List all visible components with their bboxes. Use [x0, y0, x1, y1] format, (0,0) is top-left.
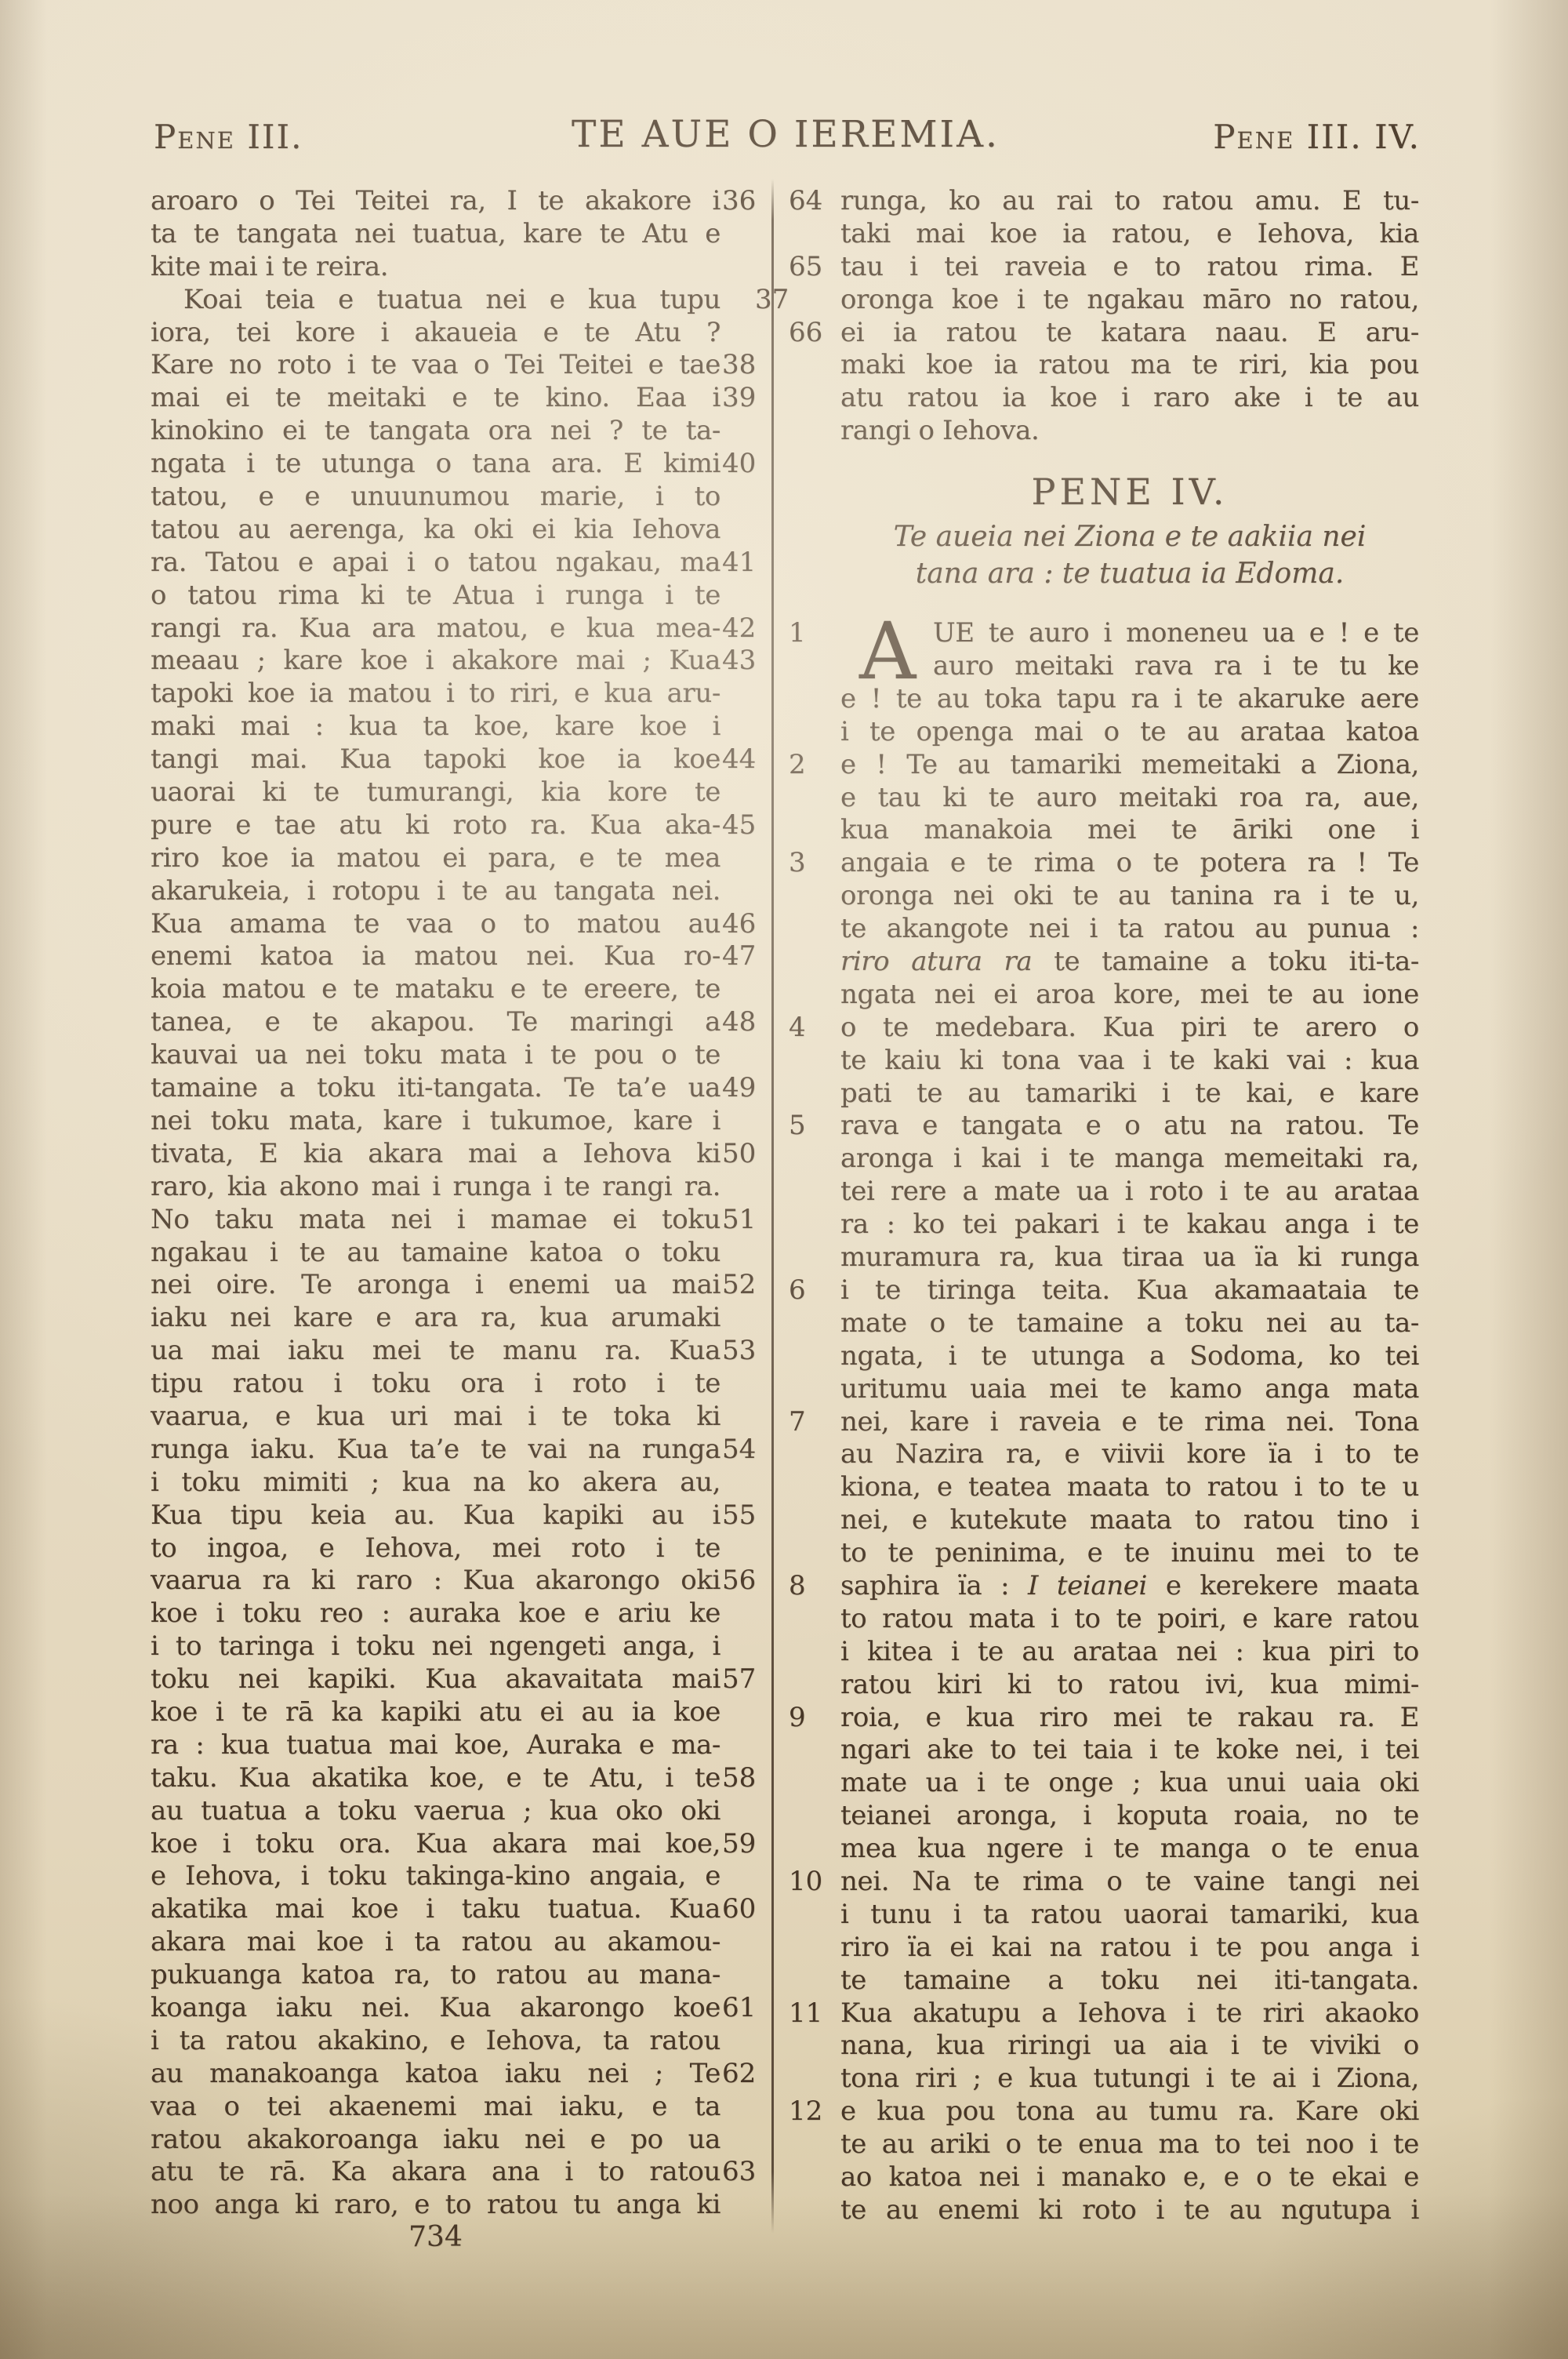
text-line: 39mai ei te meitaki e te kino. Eaa i	[151, 382, 720, 415]
verse-number: 44	[722, 743, 763, 776]
chapter-summary-line: tana ara : te tuatua ia Edoma.	[840, 555, 1419, 592]
verse-number: 50	[722, 1138, 763, 1171]
verse-number: 7	[789, 1406, 836, 1439]
verse-number: 63	[722, 2156, 763, 2189]
text-line: 61koanga iaku nei. Kua akarongo koe	[151, 1992, 720, 2025]
verse-number: 9	[789, 1702, 836, 1735]
text-line: iaku nei kare e ara ra, kua arumaki	[151, 1302, 720, 1335]
text-line: to te peninima, e te inuinu mei to te	[840, 1537, 1419, 1570]
text-line: 58taku. Kua akatika koe, e te Atu, i te	[151, 1762, 720, 1795]
text-line: i ta ratou akakino, e Iehova, ta ratou	[151, 2025, 720, 2058]
verse-number: 2	[789, 749, 836, 782]
text-line: pati te au tamariki i te kai, e kare	[840, 1078, 1419, 1110]
chapter-summary: Te aueia nei Ziona e te aakiia nei tana …	[840, 518, 1419, 592]
text-line: 62au manakoanga katoa iaku nei ; Te	[151, 2058, 720, 2091]
text-line: te au ariki o te enua ma to tei noo i te	[840, 2128, 1419, 2161]
text-line: 55Kua tipu keia au. Kua kapiki au i	[151, 1499, 720, 1532]
text-line: noo anga ki raro, e to ratou tu anga ki	[151, 2189, 720, 2222]
text-line: i toku mimiti ; kua na ko akera au,	[151, 1467, 720, 1499]
text-line: 6i te tiringa teita. Kua akamaataia te	[840, 1274, 1419, 1307]
text-line: 1AUE te auro i moneneu ua e ! e te	[840, 617, 1419, 650]
page-number: 734	[151, 2221, 720, 2253]
text-line: 59koe i toku ora. Kua akara mai koe,	[151, 1828, 720, 1861]
text-line: ratou akakoroanga iaku nei e po ua	[151, 2124, 720, 2157]
text-line: 64runga, ko au rai to ratou amu. E tu-	[840, 185, 1419, 218]
verse-number: 40	[722, 448, 763, 481]
text-line: iora, tei kore i akaueia e te Atu ?	[151, 317, 720, 350]
text-line: ao katoa nei i manako e, e o te ekai e	[840, 2161, 1419, 2194]
text-line: au tuatua a toku vaerua ; kua oko oki	[151, 1795, 720, 1828]
text-line: 41ra. Tatou e apai i o tatou ngakau, ma	[151, 547, 720, 580]
text-line: tei rere a mate ua i roto i te au arataa	[840, 1176, 1419, 1209]
verse-number: 3	[789, 847, 836, 880]
text-line: ra : kua tuatua mai koe, Auraka e ma-	[151, 1729, 720, 1762]
text-line: 12e kua pou tona au tumu ra. Kare oki	[840, 2095, 1419, 2128]
text-line: ta te tangata nei tuatua, kare te Atu e	[151, 218, 720, 251]
text-line: e Iehova, i toku takinga-kino angaia, e	[151, 1860, 720, 1893]
text-line: vaa o tei akaenemi mai iaku, e ta	[151, 2091, 720, 2124]
text-line: i to taringa i toku nei ngengeti anga, i	[151, 1630, 720, 1663]
verse-number: 49	[722, 1072, 763, 1105]
verse-number: 61	[722, 1992, 763, 2025]
verse-number: 52	[722, 1269, 763, 1302]
text-line: kua manakoia mei te āriki one i	[840, 814, 1419, 847]
text-line: 44tangi mai. Kua tapoki koe ia koe	[151, 743, 720, 776]
verse-number: 39	[722, 382, 763, 415]
text-line: 9roia, e kua riro mei te rakau ra. E	[840, 1702, 1419, 1735]
verse-number: 56	[722, 1565, 763, 1598]
chapter-summary-line: Te aueia nei Ziona e te aakiia nei	[840, 518, 1419, 555]
text-line: 36aroaro o Tei Teitei ra, I te akakore i	[151, 185, 720, 218]
verse-number: 57	[722, 1663, 763, 1696]
text-line: 56vaarua ra ki raro : Kua akarongo oki	[151, 1565, 720, 1598]
text-line: i tunu i ta ratou uaorai tamariki, kua	[840, 1899, 1419, 1932]
text-line: koe i toku reo : auraka koe e ariu ke	[151, 1598, 720, 1630]
text-line: tatou au aerenga, ka oki ei kia Iehova	[151, 514, 720, 547]
verse-number: 47	[722, 940, 763, 973]
text-line: te kaiu ki tona vaa i te kaki vai : kua	[840, 1045, 1419, 1078]
verse-number: 48	[722, 1006, 763, 1039]
text-line: oronga koe i te ngakau māro no ratou,	[840, 284, 1419, 317]
text-line: 10nei. Na te rima o te vaine tangi nei	[840, 1866, 1419, 1899]
text-line: 40ngata i te utunga o tana ara. E kimi	[151, 448, 720, 481]
text-line: pukuanga katoa ra, to ratou au mana-	[151, 1959, 720, 1992]
book-page: Pene III. TE AUE O IEREMIA. Pene III. IV…	[0, 0, 1568, 2359]
verse-number: 11	[789, 1997, 836, 2030]
text-line: vaarua, e kua uri mai i te toka ki	[151, 1401, 720, 1434]
text-line: tatou, e e unuunumou marie, i to	[151, 481, 720, 514]
verse-number: 53	[722, 1335, 763, 1368]
verse-number: 66	[789, 317, 836, 350]
text-line: ngata, i te utunga a Sodoma, ko tei	[840, 1340, 1419, 1373]
text-line: to ratou mata i to te poiri, e kare rato…	[840, 1603, 1419, 1636]
text-line: ngata nei ei aroa kore, mei te au ione	[840, 979, 1419, 1012]
text-line: ngari ake to tei taia i te koke nei, i t…	[840, 1734, 1419, 1767]
text-line: 60akatika mai koe i taku tuatua. Kua	[151, 1893, 720, 1926]
verse-number: 60	[722, 1893, 763, 1926]
text-line: aronga i kai i te manga memeitaki ra,	[840, 1143, 1419, 1176]
text-line: koe i te rā ka kapiki atu ei au ia koe	[151, 1696, 720, 1729]
text-line: kauvai ua nei toku mata i te pou o te	[151, 1039, 720, 1072]
verse-number: 55	[722, 1499, 763, 1532]
text-line: nei, e kutekute maata to ratou tino i	[840, 1504, 1419, 1537]
verse-number: 59	[722, 1828, 763, 1861]
text-line: 43meaau ; kare koe i akakore mai ; Kua	[151, 645, 720, 678]
text-line: maki koe ia ratou ma te riri, kia pou	[840, 349, 1419, 382]
verse-number: 54	[722, 1434, 763, 1467]
text-line: 3angaia e te rima o te potera ra ! Te	[840, 847, 1419, 880]
text-line: riro ïa ei kai na ratou i te pou anga i	[840, 1932, 1419, 1965]
text-line: taki mai koe ia ratou, e Iehova, kia	[840, 218, 1419, 251]
verse-number: 65	[789, 251, 836, 284]
text-line: e ! te au toka tapu ra i te akaruke aere	[840, 683, 1419, 716]
text-line: ra : ko tei pakari i te kakau anga i te	[840, 1209, 1419, 1241]
text-line: kite mai i te reira.	[151, 251, 720, 284]
text-line: au Nazira ra, e viivii kore ïa i to te	[840, 1438, 1419, 1471]
verse-number: 8	[789, 1570, 836, 1603]
text-line: 51No taku mata nei i mamae ei toku	[151, 1204, 720, 1237]
text-line: kiona, e teatea maata to ratou i to te u	[840, 1471, 1419, 1504]
text-line: tipu ratou i toku ora i roto i te	[151, 1368, 720, 1401]
italic-phrase: riro atura ra	[840, 946, 1032, 977]
verse-number: 42	[722, 612, 763, 645]
verse-number: 12	[789, 2095, 836, 2128]
text-line: rangi o Iehova.	[840, 415, 1419, 448]
text-line: oronga nei oki te au tanina ra i te u,	[840, 880, 1419, 913]
verse-number: 36	[722, 185, 763, 218]
running-header-right: Pene III. IV.	[151, 118, 1421, 156]
text-line: e tau ki te auro meitaki roa ra, aue,	[840, 782, 1419, 815]
text-line: 37Koai teia e tuatua nei e kua tupu	[151, 284, 720, 317]
verse-number: 6	[789, 1274, 836, 1307]
text-line: teianei aronga, i koputa roaia, no te	[840, 1800, 1419, 1833]
text-line: 54runga iaku. Kua ta’e te vai na runga	[151, 1434, 720, 1467]
chapter-4-text: 1AUE te auro i moneneu ua e ! e teauro m…	[840, 617, 1419, 2227]
text-line: muramura ra, kua tiraa ua ïa ki runga	[840, 1241, 1419, 1274]
column-divider-rule	[771, 179, 774, 2234]
text-line: 66ei ia ratou te katara naau. E aru-	[840, 317, 1419, 350]
verse-number: 45	[722, 809, 763, 842]
verse-number: 43	[722, 645, 763, 678]
text-line: maki mai : kua ta koe, kare koe i	[151, 711, 720, 743]
verse-number: 37	[722, 284, 763, 317]
text-line: 53ua mai iaku mei te manu ra. Kua	[151, 1335, 720, 1368]
text-line: 57toku nei kapiki. Kua akavaitata mai	[151, 1663, 720, 1696]
text-line: raro, kia akono mai i runga i te rangi r…	[151, 1171, 720, 1204]
text-line: 11Kua akatupu a Iehova i te riri akaoko	[840, 1997, 1419, 2030]
text-line: atu ratou ia koe i raro ake i te au	[840, 382, 1419, 415]
text-line: ngakau i te au tamaine katoa o toku	[151, 1237, 720, 1270]
text-line: 47enemi katoa ia matou nei. Kua ro-	[151, 940, 720, 973]
text-line: 50tivata, E kia akara mai a Iehova ki	[151, 1138, 720, 1171]
left-column: 36aroaro o Tei Teitei ra, I te akakore i…	[151, 185, 720, 2222]
text-line: 63atu te rā. Ka akara ana i to ratou	[151, 2156, 720, 2189]
text-line: te tamaine a toku nei iti-tangata.	[840, 1965, 1419, 1997]
text-line: akara mai koe i ta ratou au akamou-	[151, 1926, 720, 1959]
text-line: o tatou rima ki te Atua i runga i te	[151, 580, 720, 612]
text-line: nei toku mata, kare i tukumoe, kare i	[151, 1105, 720, 1138]
text-line: 45pure e tae atu ki roto ra. Kua aka-	[151, 809, 720, 842]
text-line: akarukeia, i rotopu i te au tangata nei.	[151, 875, 720, 908]
text-line: mate ua i te onge ; kua unui uaia oki	[840, 1767, 1419, 1800]
text-line: 8saphira ïa : I teianei e kerekere maata	[840, 1570, 1419, 1603]
verse-number: 51	[722, 1204, 763, 1237]
text-line: 48tanea, e te akapou. Te maringi a	[151, 1006, 720, 1039]
text-line: i te openga mai o te au arataa katoa	[840, 716, 1419, 749]
verse-number: 5	[789, 1110, 836, 1143]
text-line: 38Kare no roto i te vaa o Tei Teitei e t…	[151, 349, 720, 382]
verse-number: 64	[789, 185, 836, 218]
text-line: uritumu uaia mei te kamo anga mata	[840, 1373, 1419, 1406]
text-line: 4o te medebara. Kua piri te arero o	[840, 1012, 1419, 1045]
text-line: nana, kua riringi ua aia i te viviki o	[840, 2030, 1419, 2063]
text-line: to ingoa, e Iehova, mei roto i te	[151, 1532, 720, 1565]
text-line: 49tamaine a toku iti-tangata. Te ta’e ua	[151, 1072, 720, 1105]
text-line: 2e ! Te au tamariki memeitaki a Ziona,	[840, 749, 1419, 782]
text-line: 46Kua amama te vaa o to matou au	[151, 908, 720, 941]
text-line: kinokino ei te tangata ora nei ? te ta-	[151, 415, 720, 448]
text-line: mate o te tamaine a toku nei au ta-	[840, 1307, 1419, 1340]
verse-number: 62	[722, 2058, 763, 2091]
verse-number: 1	[789, 617, 836, 650]
text-line: te au enemi ki roto i te au ngutupa i	[840, 2194, 1419, 2227]
verse-number: 58	[722, 1762, 763, 1795]
text-line: koia matou e te mataku e te ereere, te	[151, 973, 720, 1006]
text-line: 7nei, kare i raveia e te rima nei. Tona	[840, 1406, 1419, 1439]
verse-number: 38	[722, 349, 763, 382]
text-line: 5rava e tangata e o atu na ratou. Te	[840, 1110, 1419, 1143]
text-line: 65tau i tei raveia e to ratou rima. E	[840, 251, 1419, 284]
text-line: tapoki koe ia matou i to riri, e kua aru…	[151, 678, 720, 711]
text-line: 52nei oire. Te aronga i enemi ua mai	[151, 1269, 720, 1302]
verse-number: 10	[789, 1866, 836, 1899]
italic-phrase: I teianei	[1028, 1570, 1147, 1601]
text-line: uaorai ki te tumurangi, kia kore te	[151, 776, 720, 809]
text-line: te akangote nei i ta ratou au punua :	[840, 913, 1419, 946]
text-line: tona riri ; e kua tutungi i te ai i Zion…	[840, 2063, 1419, 2095]
text-line: 42rangi ra. Kua ara matou, e kua mea-	[151, 612, 720, 645]
verse-number: 46	[722, 908, 763, 941]
verse-number: 41	[722, 547, 763, 580]
text-line: riro atura ra te tamaine a toku iti-ta-	[840, 946, 1419, 979]
text-line: mea kua ngere i te manga o te enua	[840, 1833, 1419, 1866]
right-column: 64runga, ko au rai to ratou amu. E tu-ta…	[840, 185, 1419, 2227]
chapter-3-continuation: 64runga, ko au rai to ratou amu. E tu-ta…	[840, 185, 1419, 448]
text-line: auro meitaki rava ra i te tu ke	[840, 650, 1419, 683]
text-line: ratou kiri ki to ratou ivi, kua mimi-	[840, 1669, 1419, 1702]
text-line: i kitea i te au arataa nei : kua piri to	[840, 1636, 1419, 1669]
chapter-heading: PENE IV.	[840, 470, 1419, 514]
text-line: riro koe ia matou ei para, e te mea	[151, 842, 720, 875]
verse-number: 4	[789, 1012, 836, 1045]
